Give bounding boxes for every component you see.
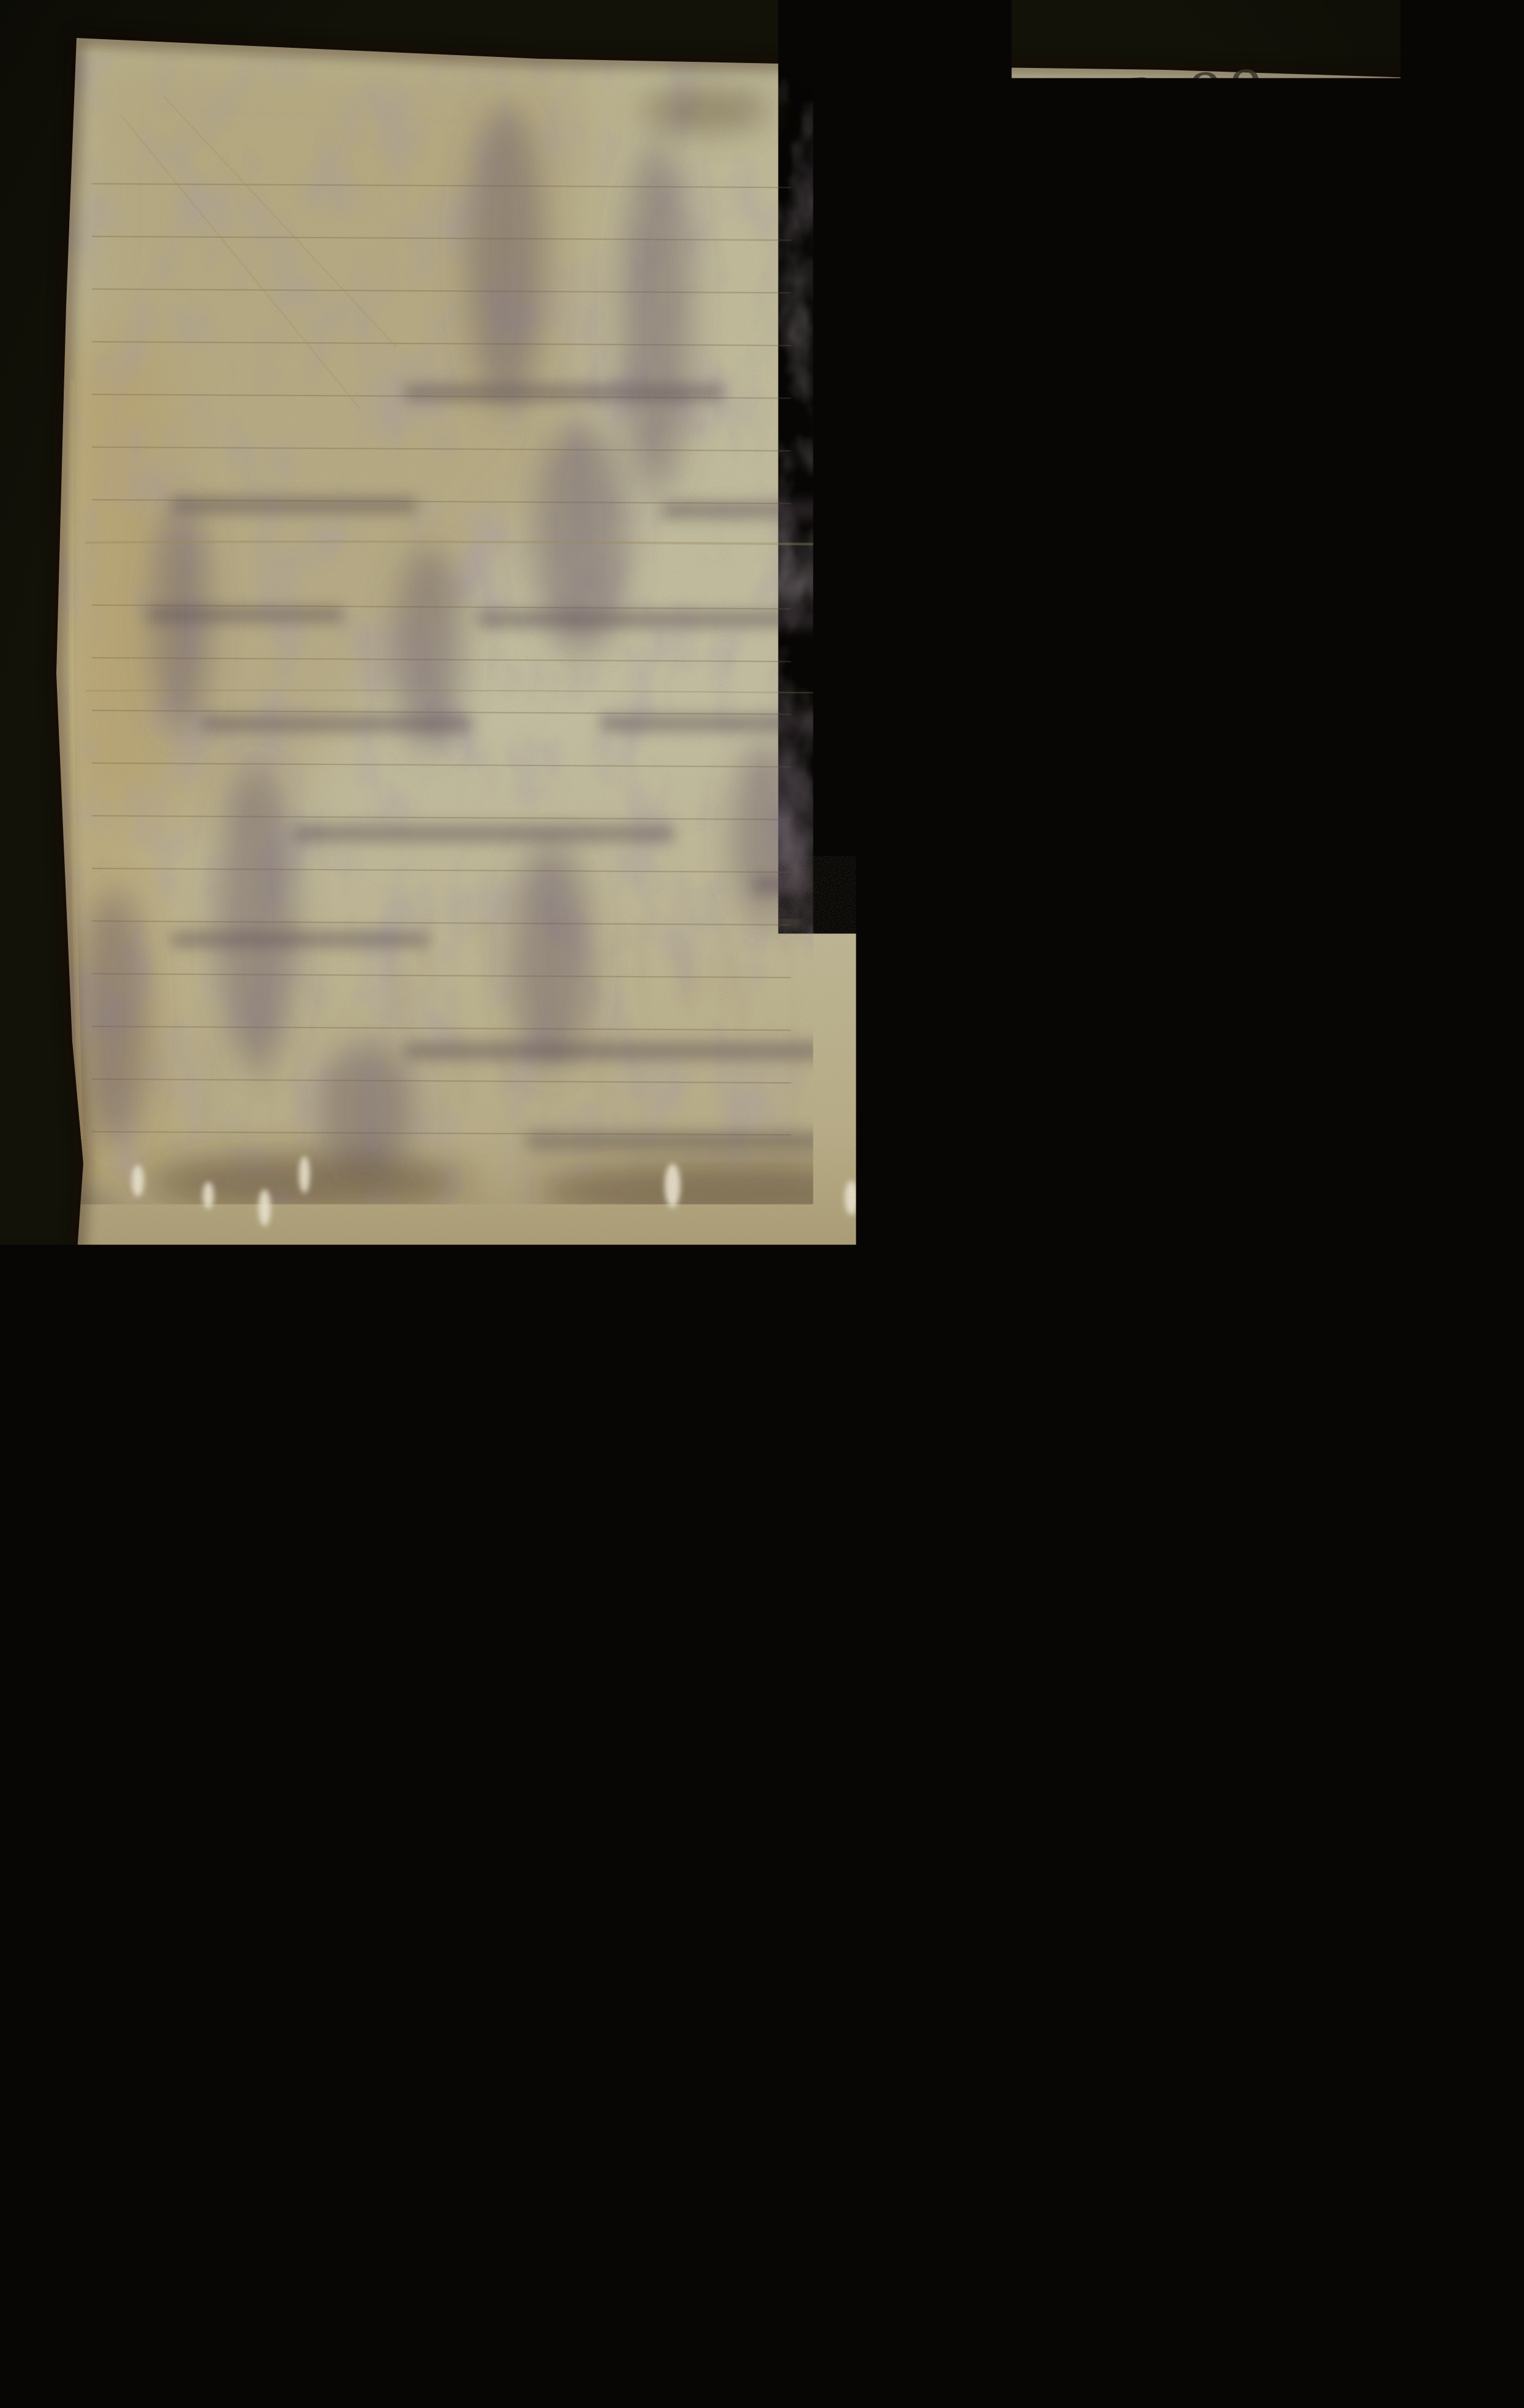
archive-code: A.3.52 xyxy=(818,76,998,139)
parchment-photograph: A.3.52 PoR 88 An. 1152 Carta venditioni … xyxy=(0,0,1524,2408)
content-note: Carta de pastino Vinzole xyxy=(879,1319,1139,1348)
parchment-scan: A.3.52 PoR 88 An. 1152 Carta venditioni … xyxy=(0,0,1524,2408)
